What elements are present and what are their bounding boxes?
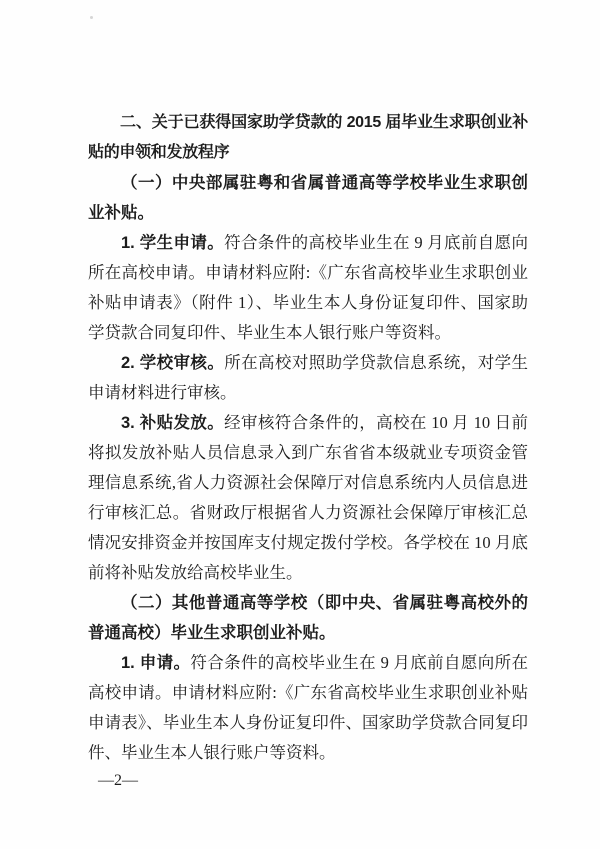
- paragraph-lead: 1. 申请。: [121, 654, 190, 672]
- document-page: 二、关于已获得国家助学贷款的 2015 届毕业生求职创业补贴的申领和发放程序 （…: [0, 0, 600, 849]
- paragraph-lead: 2. 学校审核。: [121, 354, 224, 372]
- section-two-title: （二）其他普通高等学校（即中央、省属驻粤高校外的普通高校）毕业生求职创业补贴。: [88, 588, 528, 648]
- paragraph-subsidy-disbursement: 3. 补贴发放。经审核符合条件的，高校在 10 月 10 日前将拟发放补贴人员信…: [88, 408, 528, 588]
- paragraph-lead: 3. 补贴发放。: [121, 414, 224, 432]
- paragraph-text: 经审核符合条件的，高校在 10 月 10 日前将拟发放补贴人员信息录入到广东省省…: [88, 413, 528, 582]
- paragraph-student-application: 1. 学生申请。符合条件的高校毕业生在 9 月底前自愿向所在高校申请。申请材料应…: [88, 228, 528, 348]
- paragraph-school-review: 2. 学校审核。所在高校对照助学贷款信息系统，对学生申请材料进行审核。: [88, 348, 528, 408]
- page-number: —2—: [98, 770, 138, 792]
- document-heading: 二、关于已获得国家助学贷款的 2015 届毕业生求职创业补贴的申领和发放程序: [88, 108, 528, 168]
- paragraph-application: 1. 申请。符合条件的高校毕业生在 9 月底前自愿向所在高校申请。申请材料应附:…: [88, 648, 528, 768]
- paragraph-lead: 1. 学生申请。: [121, 234, 224, 252]
- document-body: 二、关于已获得国家助学贷款的 2015 届毕业生求职创业补贴的申领和发放程序 （…: [88, 108, 528, 768]
- scan-artifact: [90, 16, 93, 19]
- section-one-title: （一）中央部属驻粤和省属普通高等学校毕业生求职创业补贴。: [88, 168, 528, 228]
